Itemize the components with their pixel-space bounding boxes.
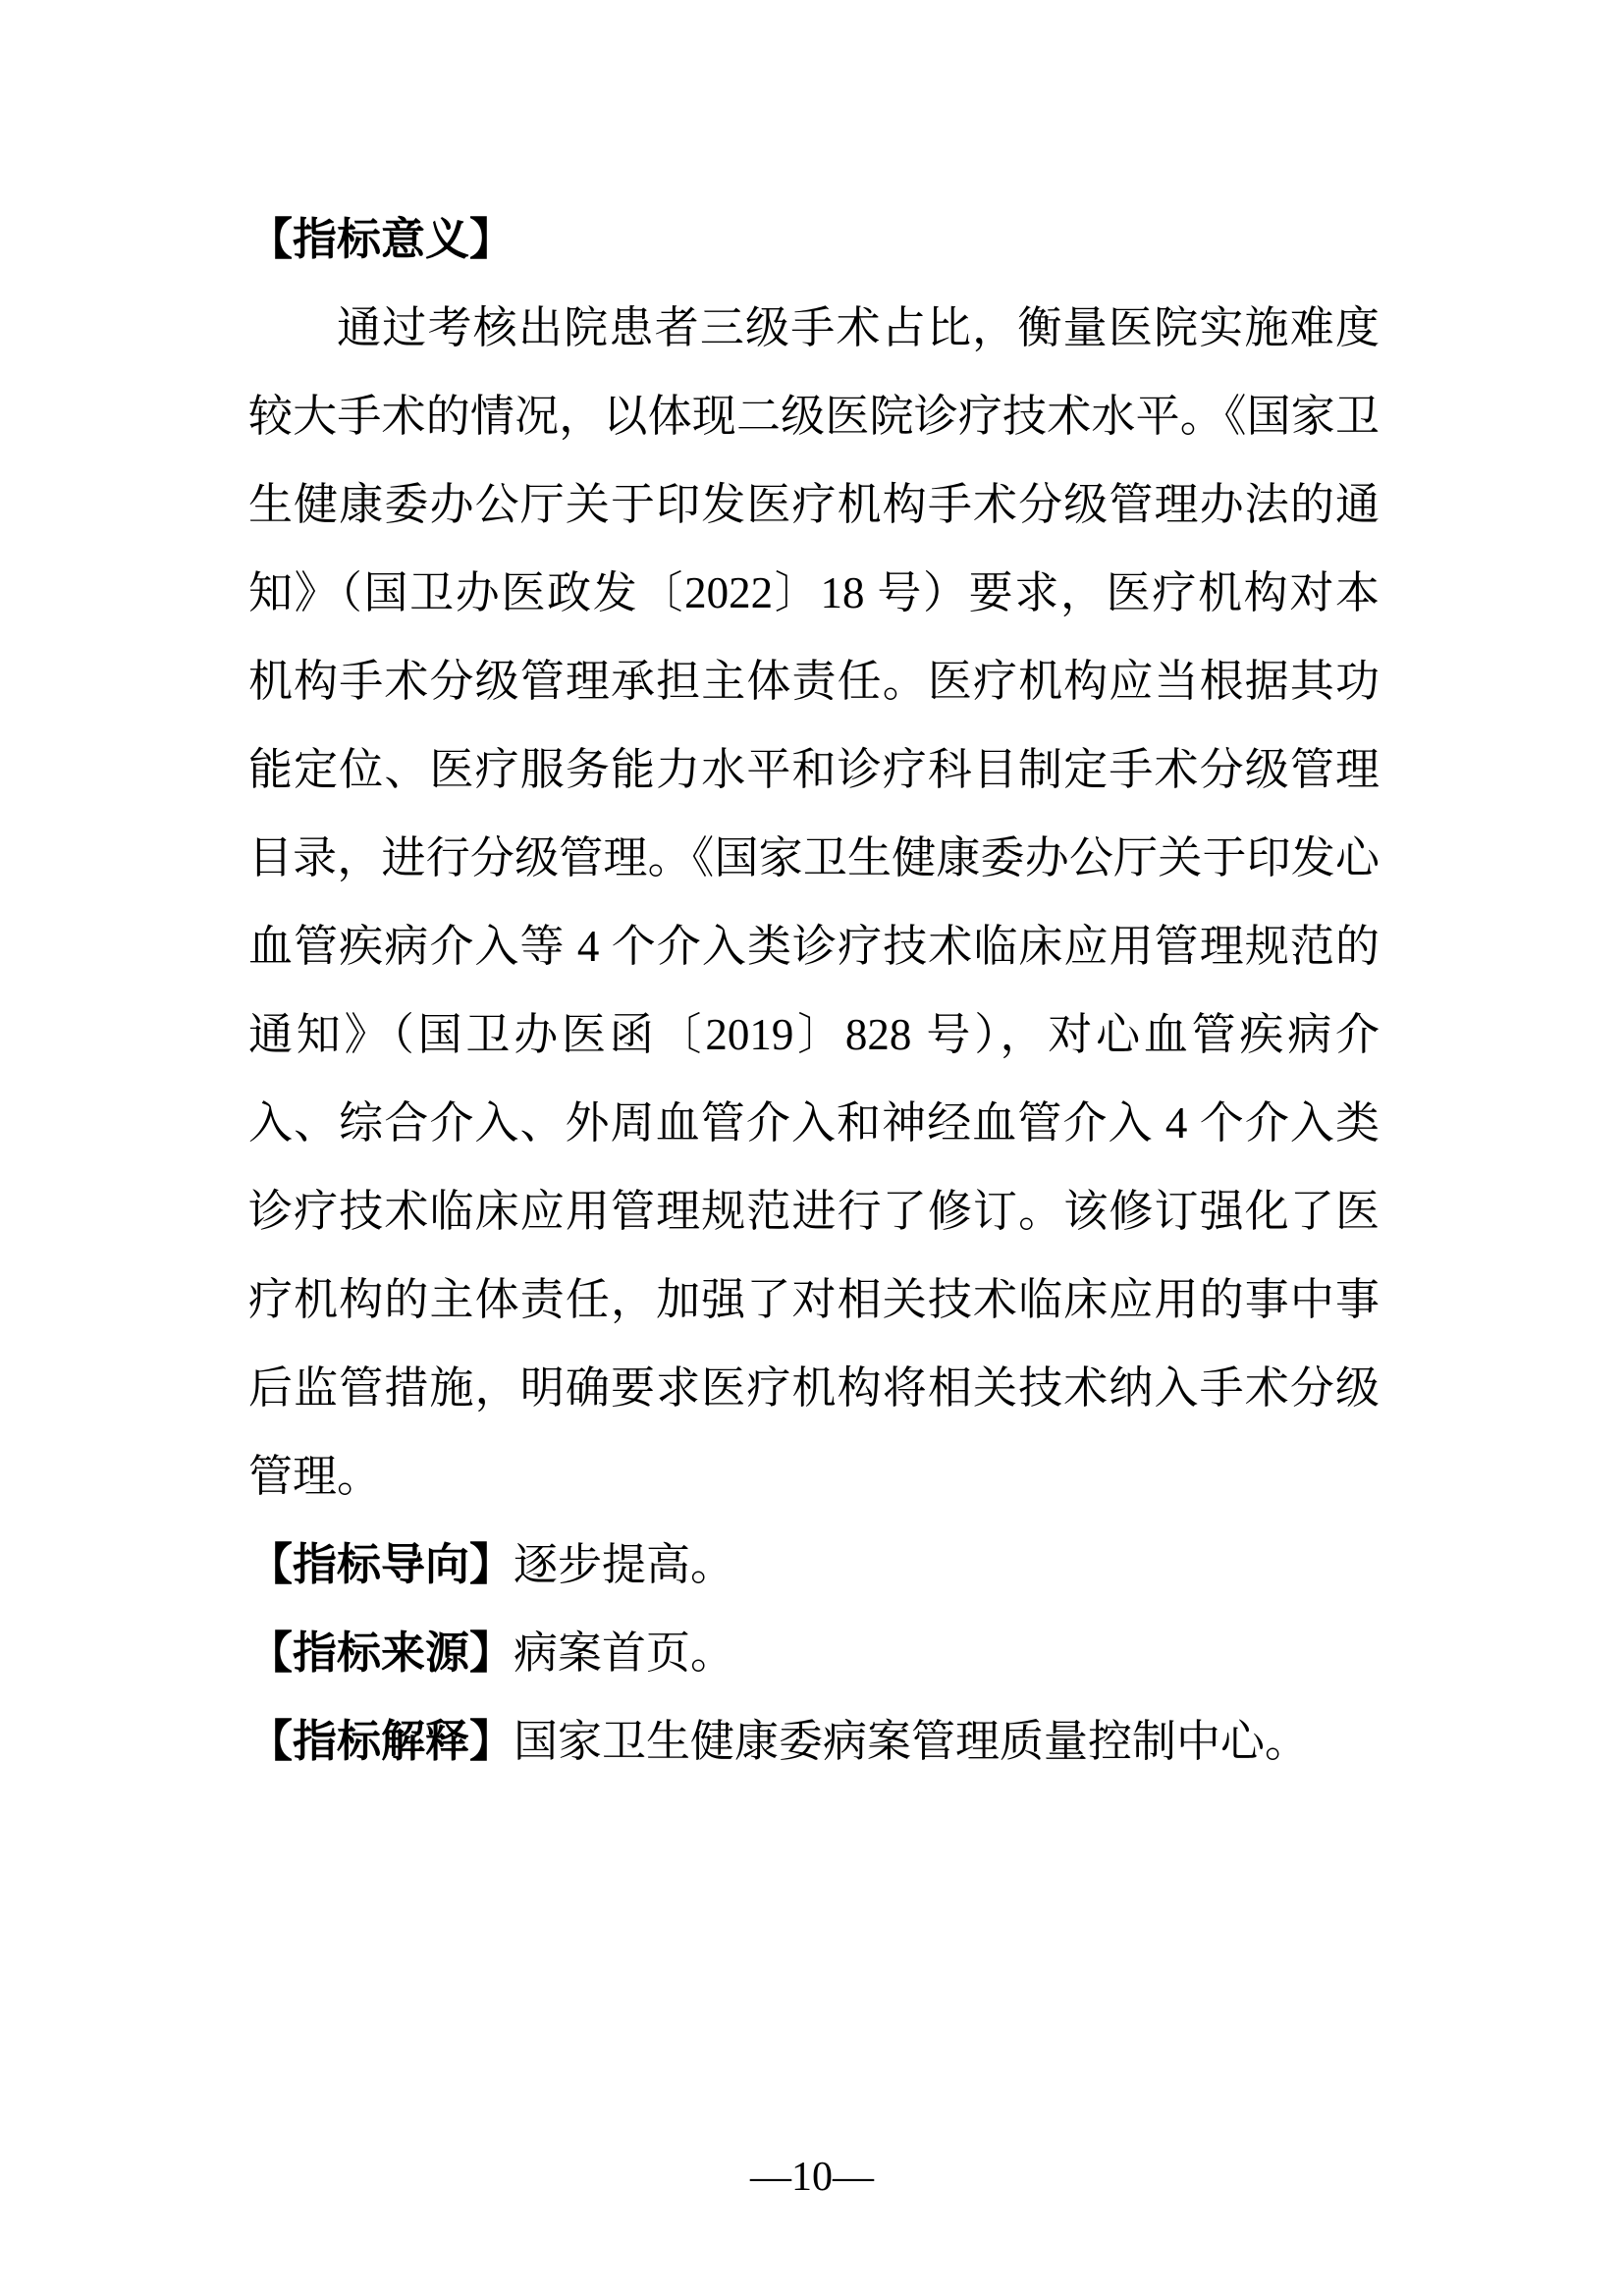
indicator-meaning-paragraph: 通过考核出院患者三级手术占比，衡量医院实施难度较大手术的情况，以体现二级医院诊疗…	[248, 284, 1380, 1521]
text-block: 【指标意义】 通过考核出院患者三级手术占比，衡量医院实施难度较大手术的情况，以体…	[248, 195, 1380, 1786]
indicator-direction-label: 【指标导向】	[248, 1540, 514, 1589]
indicator-explanation-label: 【指标解释】	[248, 1717, 514, 1766]
document-page: 【指标意义】 通过考核出院患者三级手术占比，衡量医院实施难度较大手术的情况，以体…	[0, 0, 1624, 2296]
indicator-source-label: 【指标来源】	[248, 1629, 514, 1678]
page-number: —10—	[0, 2148, 1624, 2207]
indicator-source-text: 病案首页。	[514, 1629, 734, 1678]
indicator-source-line: 【指标来源】病案首页。	[248, 1609, 1380, 1697]
indicator-direction-line: 【指标导向】逐步提高。	[248, 1521, 1380, 1609]
indicator-direction-text: 逐步提高。	[514, 1540, 734, 1589]
indicator-explanation-line: 【指标解释】国家卫生健康委病案管理质量控制中心。	[248, 1697, 1380, 1786]
indicator-explanation-text: 国家卫生健康委病案管理质量控制中心。	[514, 1717, 1309, 1766]
indicator-meaning-heading: 【指标意义】	[248, 195, 1380, 284]
